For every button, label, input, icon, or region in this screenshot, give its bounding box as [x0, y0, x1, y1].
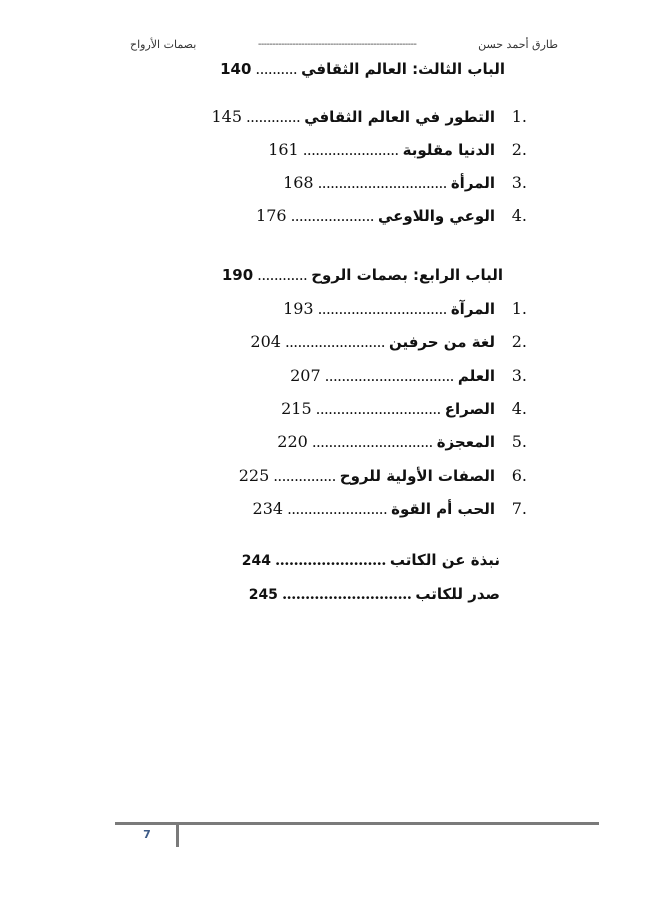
toc-dot-leader: ............................. [312, 429, 433, 455]
footer-rule [115, 822, 599, 825]
toc-page-number: 225 [239, 463, 270, 489]
toc-page-number: 190 [222, 262, 253, 288]
toc-entry-title: الباب الرابع: بصمات الروح [311, 262, 503, 288]
header-author: طارق أحمد حسن [478, 38, 558, 51]
toc-entry[interactable]: 3. المرأة ..............................… [283, 170, 527, 196]
toc-dot-leader: ............................... [318, 170, 447, 196]
toc-entry-number: 1. [505, 296, 527, 322]
toc-author-publications[interactable]: صدر للكاتب ............................ … [249, 581, 500, 607]
toc-dot-leader: .......... [255, 56, 297, 82]
toc-chapter-4-heading[interactable]: الباب الرابع: بصمات الروح ............ 1… [222, 262, 503, 288]
toc-entry[interactable]: 1. التطور في العالم الثقافي ............… [211, 104, 527, 130]
toc-page-number: 215 [281, 396, 312, 422]
header-book-title: بصمات الأرواح [130, 38, 196, 51]
toc-page-number: 161 [268, 137, 299, 163]
toc-entry-number: 6. [505, 463, 527, 489]
toc-entry-number: 2. [505, 137, 527, 163]
toc-entry-title: نبذة عن الكاتب [390, 547, 500, 573]
page-number: 7 [140, 828, 154, 841]
toc-page-number: 176 [256, 203, 287, 229]
toc-entry-number: 2. [505, 329, 527, 355]
toc-dot-leader: ............................... [318, 296, 447, 322]
toc-entry-title: التطور في العالم الثقافي [304, 104, 495, 130]
toc-entry-title: الباب الثالث: العالم الثقافي [301, 56, 505, 82]
toc-entry-title: الصراع [445, 396, 495, 422]
toc-page-number: 207 [290, 363, 321, 389]
toc-entry-title: الدنيا مقلوبة [403, 137, 495, 163]
toc-dot-leader: ............................ [282, 581, 411, 607]
toc-dot-leader: ....................... [303, 137, 399, 163]
toc-dot-leader: ............................... [325, 363, 454, 389]
toc-entry-number: 7. [505, 496, 527, 522]
toc-page-number: 193 [283, 296, 314, 322]
toc-page-number: 244 [242, 548, 271, 574]
toc-entry-title: الحب أم القوة [391, 496, 495, 522]
toc-page-number: 245 [249, 582, 278, 608]
toc-page-number: 140 [220, 56, 251, 82]
toc-entry[interactable]: 3. العلم ...............................… [290, 363, 527, 389]
toc-dot-leader: .................... [291, 203, 374, 229]
toc-entry-number: 1. [505, 104, 527, 130]
toc-dot-leader: .............................. [316, 396, 441, 422]
toc-entry[interactable]: 1. المرآة ..............................… [283, 296, 527, 322]
toc-dot-leader: ........................ [287, 496, 387, 522]
toc-chapter-3-heading[interactable]: الباب الثالث: العالم الثقافي .......... … [220, 56, 505, 82]
toc-entry-title: المعجزة [437, 429, 495, 455]
toc-entry-number: 4. [505, 203, 527, 229]
toc-entry[interactable]: 5. المعجزة .............................… [277, 429, 527, 455]
toc-page-number: 145 [211, 104, 242, 130]
toc-dot-leader: ........................ [275, 547, 386, 573]
header-divider: ----------------------------------------… [204, 39, 470, 50]
toc-dot-leader: ............... [273, 463, 336, 489]
toc-page-number: 234 [253, 496, 284, 522]
toc-about-author[interactable]: نبذة عن الكاتب ........................ … [242, 547, 500, 573]
toc-page-number: 168 [283, 170, 314, 196]
toc-entry-number: 4. [505, 396, 527, 422]
toc-page-number: 220 [277, 429, 308, 455]
footer-divider-tick [176, 824, 179, 847]
toc-entry[interactable]: 7. الحب أم القوة .......................… [253, 496, 527, 522]
toc-entry-title: الوعي واللاوعي [378, 203, 495, 229]
toc-dot-leader: ............. [246, 104, 300, 130]
toc-entry[interactable]: 2. الدنيا مقلوبة .......................… [268, 137, 527, 163]
toc-entry[interactable]: 6. الصفات الأولية للروح ............... … [239, 463, 527, 489]
toc-entry[interactable]: 2. لغة من حرفين ........................… [250, 329, 527, 355]
toc-entry-number: 3. [505, 363, 527, 389]
toc-entry-title: المرآة [451, 296, 495, 322]
toc-dot-leader: ........................ [285, 329, 385, 355]
toc-entry[interactable]: 4. الصراع ..............................… [281, 396, 527, 422]
toc-dot-leader: ............ [257, 262, 307, 288]
running-header: طارق أحمد حسن --------------------------… [130, 36, 558, 52]
toc-entry-number: 5. [505, 429, 527, 455]
toc-entry-title: العلم [458, 363, 495, 389]
toc-entry-title: المرأة [451, 170, 495, 196]
toc-entry-number: 3. [505, 170, 527, 196]
toc-page-number: 204 [250, 329, 281, 355]
toc-entry[interactable]: 4. الوعي واللاوعي .................... 1… [256, 203, 527, 229]
toc-entry-title: صدر للكاتب [415, 581, 500, 607]
toc-entry-title: لغة من حرفين [389, 329, 495, 355]
toc-entry-title: الصفات الأولية للروح [340, 463, 495, 489]
